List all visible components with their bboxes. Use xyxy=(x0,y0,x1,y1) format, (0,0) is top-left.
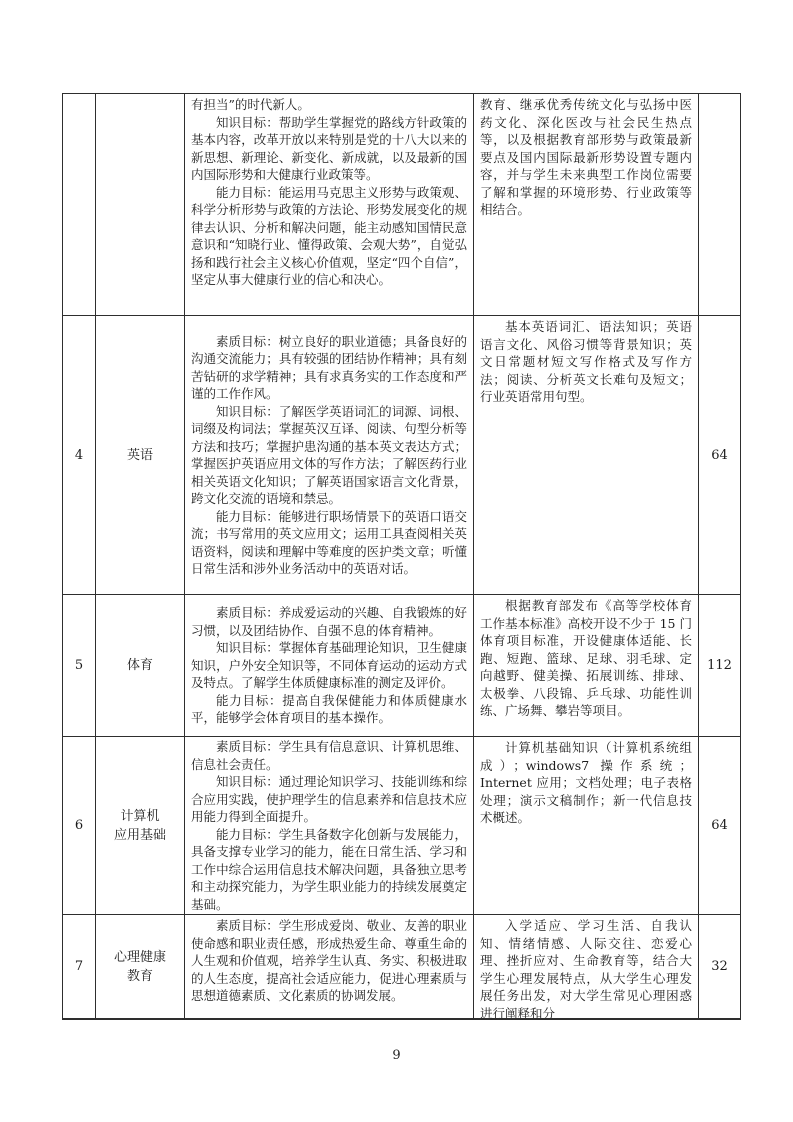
row2-hours-cell: 112 xyxy=(699,595,740,737)
content-paragraph: 基本英语词汇、语法知识；英语语言文化、风俗习惯等背景知识；英文日常题材短文写作格… xyxy=(480,318,692,406)
row0-hours-cell xyxy=(699,94,740,316)
row0-number-cell xyxy=(63,94,96,316)
row3-number-cell: 6 xyxy=(63,737,96,915)
objective-paragraph: 知识目标：帮助学生掌握党的路线方针政策的基本内容，改革开放以来特别是党的十八大以… xyxy=(191,114,467,184)
objective-paragraph: 能力目标：能运用马克思主义形势与政策观、科学分析形势与政策的方法论、形势发展变化… xyxy=(191,184,467,289)
objective-paragraph: 素质目标：树立良好的职业道德；具备良好的沟通交流能力；具有较强的团结协作精神；具… xyxy=(191,333,467,403)
content-paragraph: 计算机基础知识（计算机系统组成）；windows7 操作系统；Internet … xyxy=(480,739,692,827)
course-name-line: 计算机 xyxy=(120,807,159,826)
row4-number-cell: 7 xyxy=(63,915,96,1018)
content-paragraph: 入学适应、学习生活、自我认知、情绪情感、人际交往、恋爱心理、挫折应对、生命教育等… xyxy=(480,917,692,1018)
row1-content-cell: 基本英语词汇、语法知识；英语语言文化、风俗习惯等背景知识；英文日常题材短文写作格… xyxy=(474,316,699,595)
objective-paragraph: 有担当”的时代新人。 xyxy=(191,96,467,114)
row0-content-cell: 教育、继承优秀传统文化与弘扬中医药文化、深化医改与社会民生热点等，以及根据教育部… xyxy=(474,94,699,316)
row1-number-cell: 4 xyxy=(63,316,96,595)
row0-objectives-cell: 有担当”的时代新人。 知识目标：帮助学生掌握党的路线方针政策的基本内容，改革开放… xyxy=(185,94,474,316)
row1-hours-cell: 64 xyxy=(699,316,740,595)
objective-paragraph: 素质目标：学生具有信息意识、计算机思维、信息社会责任。 xyxy=(191,738,467,773)
row3-content-cell: 计算机基础知识（计算机系统组成）；windows7 操作系统；Internet … xyxy=(474,737,699,915)
objective-paragraph: 素质目标：学生形成爱岗、敬业、友善的职业使命感和职业责任感，形成热爱生命、尊重生… xyxy=(191,917,467,1005)
objective-paragraph: 知识目标：通过理论知识学习、技能训练和综合应用实践，使护理学生的信息素养和信息技… xyxy=(191,773,467,826)
objective-paragraph: 知识目标：掌握体育基础理论知识，卫生健康知识，户外安全知识等，不同体育运动的运动… xyxy=(191,639,467,692)
row1-objectives-cell: 素质目标：树立良好的职业道德；具备良好的沟通交流能力；具有较强的团结协作精神；具… xyxy=(185,316,474,595)
row3-course-name-cell: 计算机 应用基础 xyxy=(96,737,185,915)
course-name-line: 教育 xyxy=(127,967,153,986)
content-paragraph: 教育、继承优秀传统文化与弘扬中医药文化、深化医改与社会民生热点等，以及根据教育部… xyxy=(480,96,692,219)
row1-course-name-cell: 英语 xyxy=(96,316,185,595)
row0-course-name-cell xyxy=(96,94,185,316)
row2-objectives-cell: 素质目标：养成爱运动的兴趣、自我锻炼的好习惯，以及团结协作、自强不息的体育精神。… xyxy=(185,595,474,737)
row4-content-cell: 入学适应、学习生活、自我认知、情绪情感、人际交往、恋爱心理、挫折应对、生命教育等… xyxy=(474,915,699,1018)
objective-paragraph: 素质目标：养成爱运动的兴趣、自我锻炼的好习惯，以及团结协作、自强不息的体育精神。 xyxy=(191,604,467,639)
course-name-line: 心理健康 xyxy=(114,948,166,967)
course-table: 有担当”的时代新人。 知识目标：帮助学生掌握党的路线方针政策的基本内容，改革开放… xyxy=(62,93,741,1020)
content-paragraph: 根据教育部发布《高等学校体育工作基本标准》高校开设不少于 15 门体育项目标准，… xyxy=(480,597,692,720)
row4-hours-cell: 32 xyxy=(699,915,740,1018)
objective-paragraph: 能力目标：学生具备数字化创新与发展能力，具备支撑专业学习的能力，能在日常生活、学… xyxy=(191,826,467,914)
course-name-line: 应用基础 xyxy=(114,826,166,845)
objective-paragraph: 能力目标：提高自我保健能力和体质健康水平，能够学会体育项目的基本操作。 xyxy=(191,692,467,727)
row4-course-name-cell: 心理健康 教育 xyxy=(96,915,185,1018)
row2-number-cell: 5 xyxy=(63,595,96,737)
objective-paragraph: 能力目标：能够进行职场情景下的英语口语交流；书写常用的英文应用文；运用工具查阅相… xyxy=(191,508,467,578)
row2-course-name-cell: 体育 xyxy=(96,595,185,737)
row4-objectives-cell: 素质目标：学生形成爱岗、敬业、友善的职业使命感和职业责任感，形成热爱生命、尊重生… xyxy=(185,915,474,1018)
document-page: 有担当”的时代新人。 知识目标：帮助学生掌握党的路线方针政策的基本内容，改革开放… xyxy=(0,0,793,1122)
row3-hours-cell: 64 xyxy=(699,737,740,915)
row2-content-cell: 根据教育部发布《高等学校体育工作基本标准》高校开设不少于 15 门体育项目标准，… xyxy=(474,595,699,737)
row3-objectives-cell: 素质目标：学生具有信息意识、计算机思维、信息社会责任。 知识目标：通过理论知识学… xyxy=(185,737,474,915)
page-number: 9 xyxy=(0,1048,793,1063)
objective-paragraph: 知识目标：了解医学英语词汇的词源、词根、词缀及构词法；掌握英汉互译、阅读、句型分… xyxy=(191,403,467,508)
